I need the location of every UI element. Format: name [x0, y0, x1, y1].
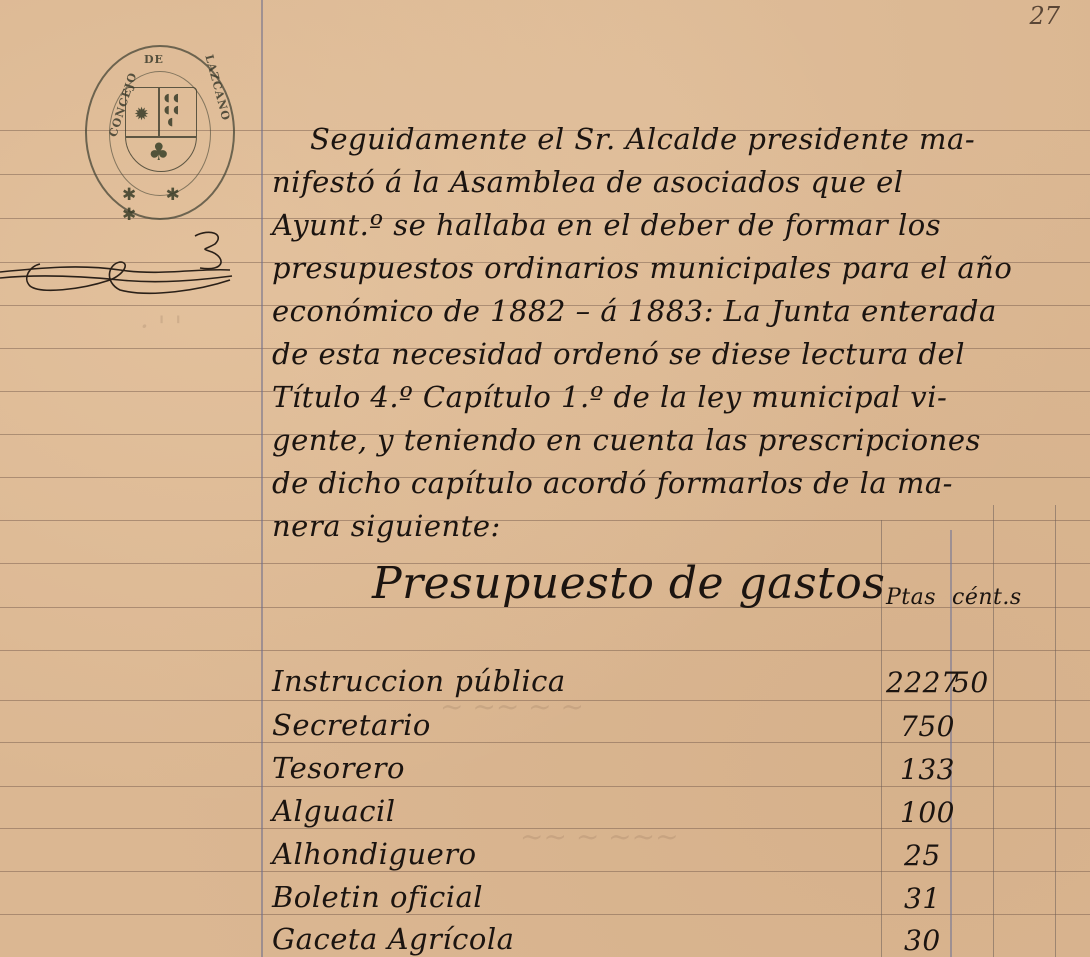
- expense-pesetas: 25: [904, 839, 941, 872]
- expense-label: Tesorero: [272, 751, 405, 785]
- bleed-through-mark: · ' ': [140, 310, 182, 343]
- bleed-through-mark: ~~ ~ ~~~: [520, 820, 679, 853]
- column-line-centimos-right: [993, 505, 994, 957]
- paragraph-line: económico de 1882 – á 1883: La Junta ent…: [272, 294, 997, 328]
- paragraph-line: nifestó á la Asamblea de asociados que e…: [272, 165, 904, 199]
- ruled-line: [0, 786, 1090, 787]
- council-seal-stamp: CONCEJO DE LAZCANO ✹ ◖ ◖◖ ◖ ◖ ♣ ✱ ✱ ✱: [85, 45, 235, 220]
- expense-label: Secretario: [272, 708, 431, 742]
- expense-label: Alguacil: [272, 794, 396, 828]
- expense-pesetas: 2227: [886, 666, 959, 699]
- expense-label: Boletin oficial: [272, 880, 483, 914]
- ledger-page: · ' ' ~ ~~ ~ ~ ~~ ~ ~~~ 27 CONCEJO DE LA…: [0, 0, 1090, 957]
- paragraph-line: presupuestos ordinarios municipales para…: [272, 251, 1012, 285]
- expense-centimos: 50: [952, 666, 989, 699]
- paragraph-line: de dicho capítulo acordó formarlos de la…: [272, 466, 953, 500]
- expense-pesetas: 133: [900, 753, 955, 786]
- expense-pesetas: 30: [904, 924, 941, 957]
- paragraph-line: Seguidamente el Sr. Alcalde presidente m…: [310, 122, 975, 156]
- expense-label: Gaceta Agrícola: [272, 922, 514, 956]
- paragraph-line: de esta necesidad ordenó se diese lectur…: [272, 337, 965, 371]
- column-header-pesetas: Ptas: [886, 585, 936, 610]
- expense-pesetas: 31: [904, 882, 941, 915]
- expense-pesetas: 100: [900, 796, 955, 829]
- paragraph-line: gente, y teniendo en cuenta las prescrip…: [272, 423, 981, 457]
- ruled-line: [0, 520, 1090, 521]
- margin-line: [261, 0, 263, 957]
- coat-of-arms-icon: ✹ ◖ ◖◖ ◖ ◖ ♣: [125, 87, 197, 172]
- tree-icon: ♣: [148, 138, 170, 166]
- budget-title: Presupuesto de gastos: [372, 558, 885, 609]
- marginal-flourish-icon: [0, 228, 260, 298]
- expense-label: Instruccion pública: [272, 664, 566, 698]
- star-icon: ✹: [134, 104, 149, 125]
- drops-icon: ◖ ◖◖ ◖ ◖: [164, 92, 194, 128]
- expense-pesetas: 750: [900, 710, 955, 743]
- ruled-line: [0, 650, 1090, 651]
- paragraph-line: Título 4.º Capítulo 1.º de la ley munici…: [272, 380, 947, 414]
- marginal-mark: 3: [198, 224, 199, 225]
- expense-label: Alhondiguero: [272, 837, 477, 871]
- page-number: 27: [1029, 2, 1060, 30]
- paragraph-line: Ayunt.º se hallaba en el deber de formar…: [272, 208, 941, 242]
- column-line-extra: [1055, 505, 1056, 957]
- column-header-centimos: cént.s: [952, 585, 1022, 610]
- paragraph-line: nera siguiente:: [272, 509, 501, 543]
- seal-text-top: DE: [144, 53, 164, 66]
- seal-stars-icon: ✱ ✱ ✱: [122, 185, 233, 225]
